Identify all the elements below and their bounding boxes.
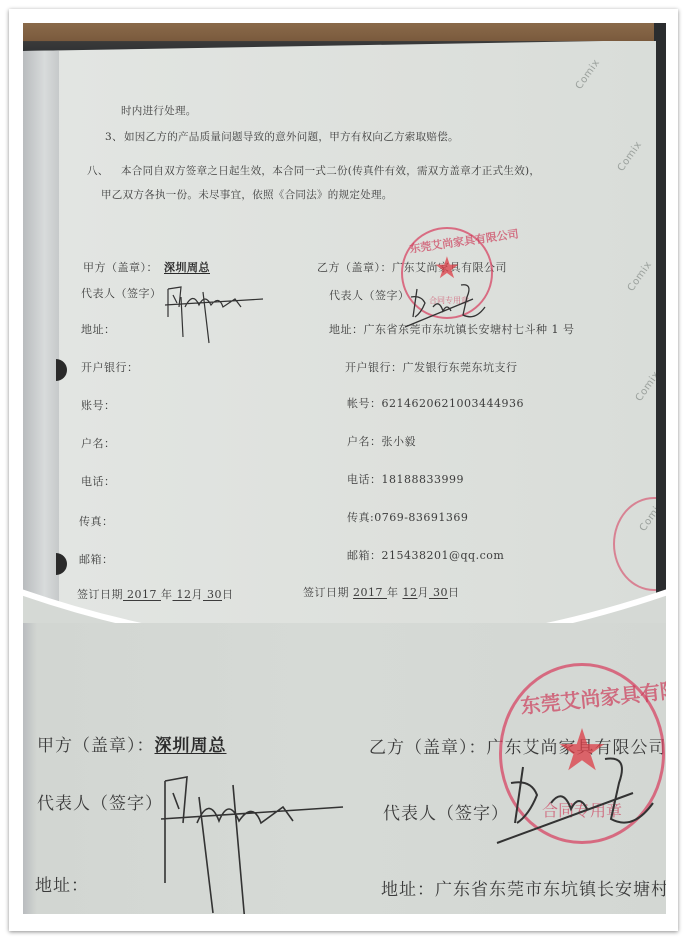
inset-party-a-address-label: 地址： (35, 871, 89, 896)
zoomed-signature-inset: 甲方（盖章）：深圳周总 代表人（签字） 地址： 乙方（盖章）：广东艾尚家具有限公… (23, 623, 666, 914)
clause-8-number: 八、 (87, 163, 109, 178)
party-b-account-name: 户名：张小毅 (347, 433, 416, 449)
inset-party-a-seal-label: 甲方（盖章）： (37, 736, 155, 756)
inset-party-b-seal-label: 乙方（盖章）： (369, 738, 487, 758)
party-b-phone-label: 电话： (347, 473, 382, 486)
party-b-fax: 传真:0769-83691369 (347, 509, 468, 525)
party-a-signature (163, 277, 273, 347)
party-b-email: 邮箱：215438201@qq.com (347, 547, 504, 563)
party-b-account-name-value: 张小毅 (382, 435, 417, 448)
clause-8-text-cont: 甲乙双方各执一份。未尽事宜，依照《合同法》的规定处理。 (101, 187, 393, 202)
contract-photo: Comix Comix Comix Comix Comix 时内进行处理。 3、… (23, 23, 666, 914)
punch-hole-icon (56, 359, 67, 381)
party-b-fax-value: 0769-83691369 (374, 511, 468, 524)
party-a-account-name-label: 户名： (81, 435, 116, 451)
party-a-bank-label: 开户银行： (81, 359, 139, 375)
party-b-account-value: 6214620621003444936 (382, 397, 524, 410)
party-b-bank-value: 广发银行东莞东坑支行 (403, 361, 518, 374)
watermark: Comix (574, 57, 603, 91)
party-b-fax-label: 传真: (347, 511, 374, 524)
party-b-phone: 电话：18188833999 (347, 471, 464, 487)
inset-party-b-rep-label: 代表人（签字） (383, 799, 509, 824)
inset-party-a-seal: 甲方（盖章）：深圳周总 (37, 731, 227, 756)
party-b-account-name-label: 户名： (347, 435, 382, 448)
party-a-phone-label: 电话： (81, 473, 116, 489)
watermark: Comix (626, 259, 655, 293)
party-a-rep-label: 代表人（签字） (81, 285, 162, 301)
party-b-email-value: 215438201@qq.com (382, 549, 505, 562)
inset-party-b-address: 地址：广东省东莞市东坑镇长安塘村七斗 (381, 875, 666, 900)
party-b-signature (403, 277, 513, 332)
page-binding (23, 41, 59, 623)
party-b-account: 帐号：6214620621003444936 (347, 395, 524, 411)
clause-3-number: 3、 (105, 129, 123, 144)
party-b-email-label: 邮箱： (347, 549, 382, 562)
punch-hole-icon (56, 553, 67, 575)
clause-line: 时内进行处理。 (121, 103, 197, 118)
inset-party-a-rep-label: 代表人（签字） (37, 789, 163, 814)
party-b-rep-label: 代表人（签字） (329, 287, 410, 303)
party-a-email-label: 邮箱： (79, 551, 114, 567)
inset-party-a-signature (153, 763, 353, 914)
party-a-address-label: 地址： (81, 321, 116, 337)
inset-party-b-address-label: 地址： (381, 880, 435, 900)
party-b-bank-label: 开户银行： (345, 361, 403, 374)
party-b-bank: 开户银行：广发银行东莞东坑支行 (345, 359, 518, 375)
watermark: Comix (616, 139, 645, 173)
party-b-address-label: 地址： (329, 323, 364, 336)
contract-page-photo: Comix Comix Comix Comix Comix 时内进行处理。 3、… (23, 23, 666, 623)
inset-party-b-address-value: 广东省东莞市东坑镇长安塘村七斗 (435, 880, 666, 900)
party-b-phone-value: 18188833999 (382, 473, 464, 486)
inset-party-a-seal-value: 深圳周总 (155, 736, 227, 756)
party-b-account-label: 帐号： (347, 397, 382, 410)
party-a-seal-value: 深圳周总 (164, 259, 210, 275)
party-b-seal-label: 乙方（盖章）： (317, 261, 392, 274)
clause-8-text: 本合同自双方签章之日起生效，本合同一式二份(传真件有效，需双方盖章才正式生效)， (121, 163, 540, 178)
inset-party-b-signature (493, 743, 663, 853)
party-a-account-label: 账号： (81, 397, 116, 413)
clause-3-text: 如因乙方的产品质量问题导致的意外问题，甲方有权向乙方索取赔偿。 (124, 129, 459, 144)
party-a-fax-label: 传真： (79, 513, 114, 529)
party-a-seal-label: 甲方（盖章）： (83, 259, 158, 275)
contract-page: Comix Comix Comix Comix Comix 时内进行处理。 3、… (23, 41, 656, 623)
